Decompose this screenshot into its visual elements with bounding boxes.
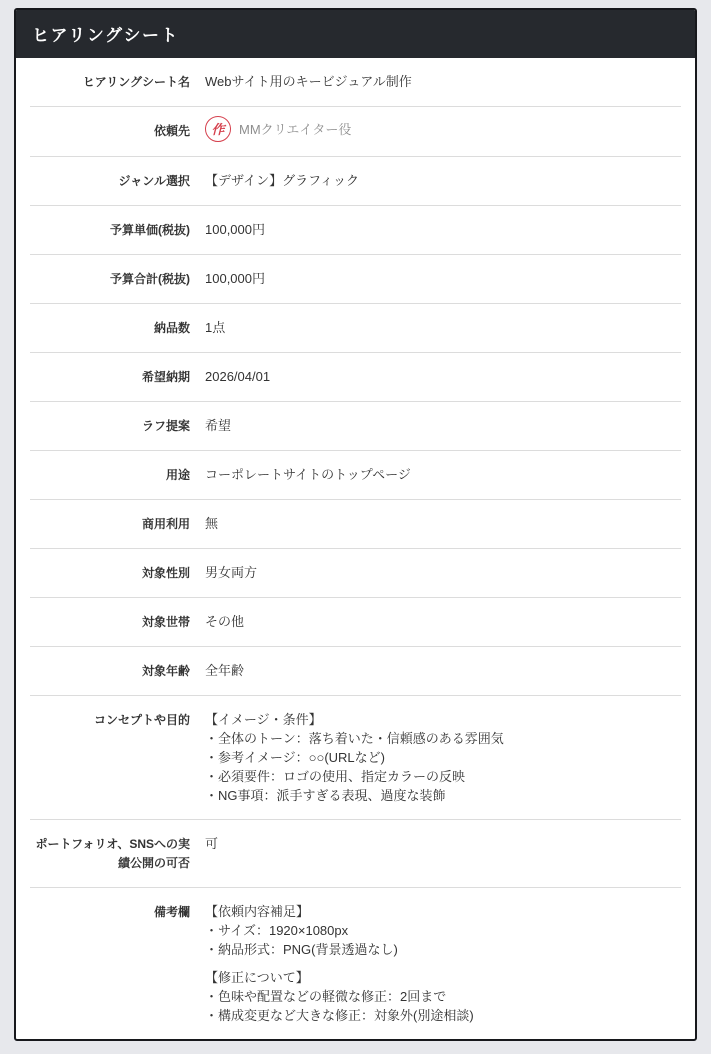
row-value: 100,000円 [205,220,681,240]
table-row: 対象性別 男女両方 [30,548,681,597]
value-line: ・納品形式：PNG(背景透過なし) [205,940,681,959]
table-row: 予算単価(税抜) 100,000円 [30,205,681,254]
table-row: 予算合計(税抜) 100,000円 [30,254,681,303]
table-row: 商用利用 無 [30,499,681,548]
row-label: 用途 [30,465,190,485]
row-value: 1点 [205,318,681,338]
creator-stamp-icon: 作 [205,116,231,142]
row-value: 無 [205,514,681,534]
hearing-sheet-card: ヒアリングシート ヒアリングシート名 Webサイト用のキービジュアル制作 依頼先… [14,8,697,1041]
row-value: 【イメージ・条件】・全体のトーン：落ち着いた・信頼感のある雰囲気・参考イメージ：… [205,710,681,805]
row-label: 備考欄 [30,902,190,1025]
value-line-spacer [205,959,681,968]
value-line: 【イメージ・条件】 [205,710,681,729]
table-row: 希望納期 2026/04/01 [30,352,681,401]
table-row: 備考欄 【依頼内容補足】・サイズ：1920×1080px・納品形式：PNG(背景… [30,887,681,1039]
client-name: MMクリエイター役 [239,120,351,139]
value-line: ・NG事項：派手すぎる表現、過度な装飾 [205,786,681,805]
value-line: ・サイズ：1920×1080px [205,921,681,940]
table-row: ラフ提案 希望 [30,401,681,450]
value-line: 【依頼内容補足】 [205,902,681,921]
client-chip: 作MMクリエイター役 [205,116,681,142]
sheet-body: ヒアリングシート名 Webサイト用のキービジュアル制作 依頼先 作MMクリエイタ… [16,58,695,1039]
row-value: 全年齢 [205,661,681,681]
row-value: Webサイト用のキービジュアル制作 [205,72,681,92]
row-value: 【依頼内容補足】・サイズ：1920×1080px・納品形式：PNG(背景透過なし… [205,902,681,1025]
row-label: 予算合計(税抜) [30,269,190,289]
table-row: 用途 コーポレートサイトのトップページ [30,450,681,499]
row-label: ラフ提案 [30,416,190,436]
value-line: ・色味や配置などの軽微な修正：2回まで [205,987,681,1006]
row-value: 2026/04/01 [205,367,681,387]
row-value: 【デザイン】グラフィック [205,171,681,191]
row-label: ポートフォリオ、SNSへの実績公開の可否 [30,834,190,873]
sheet-title: ヒアリングシート [16,10,695,58]
row-value: その他 [205,612,681,632]
row-value: 100,000円 [205,269,681,289]
row-label: コンセプトや目的 [30,710,190,805]
row-label: ヒアリングシート名 [30,72,190,92]
table-row: コンセプトや目的 【イメージ・条件】・全体のトーン：落ち着いた・信頼感のある雰囲… [30,695,681,819]
value-line: 【修正について】 [205,968,681,987]
table-row: ポートフォリオ、SNSへの実績公開の可否 可 [30,819,681,887]
row-label: 対象世帯 [30,612,190,632]
row-value: 希望 [205,416,681,436]
row-label: 予算単価(税抜) [30,220,190,240]
row-label: 希望納期 [30,367,190,387]
row-label: 商用利用 [30,514,190,534]
table-row: ジャンル選択 【デザイン】グラフィック [30,156,681,205]
table-row: 依頼先 作MMクリエイター役 [30,106,681,156]
value-line: ・全体のトーン：落ち着いた・信頼感のある雰囲気 [205,729,681,748]
value-line: ・構成変更など大きな修正：対象外(別途相談) [205,1006,681,1025]
row-label: ジャンル選択 [30,171,190,191]
row-label: 対象性別 [30,563,190,583]
row-value: 男女両方 [205,563,681,583]
row-value: 可 [205,834,681,873]
table-row: 対象世帯 その他 [30,597,681,646]
row-value: コーポレートサイトのトップページ [205,465,681,485]
value-line: ・必須要件：ロゴの使用、指定カラーの反映 [205,767,681,786]
row-label: 対象年齢 [30,661,190,681]
value-line: ・参考イメージ：○○(URLなど) [205,748,681,767]
table-row: 納品数 1点 [30,303,681,352]
row-label: 納品数 [30,318,190,338]
row-label: 依頼先 [30,121,190,142]
table-row: ヒアリングシート名 Webサイト用のキービジュアル制作 [30,58,681,106]
table-row: 対象年齢 全年齢 [30,646,681,695]
row-value: 作MMクリエイター役 [205,121,681,142]
